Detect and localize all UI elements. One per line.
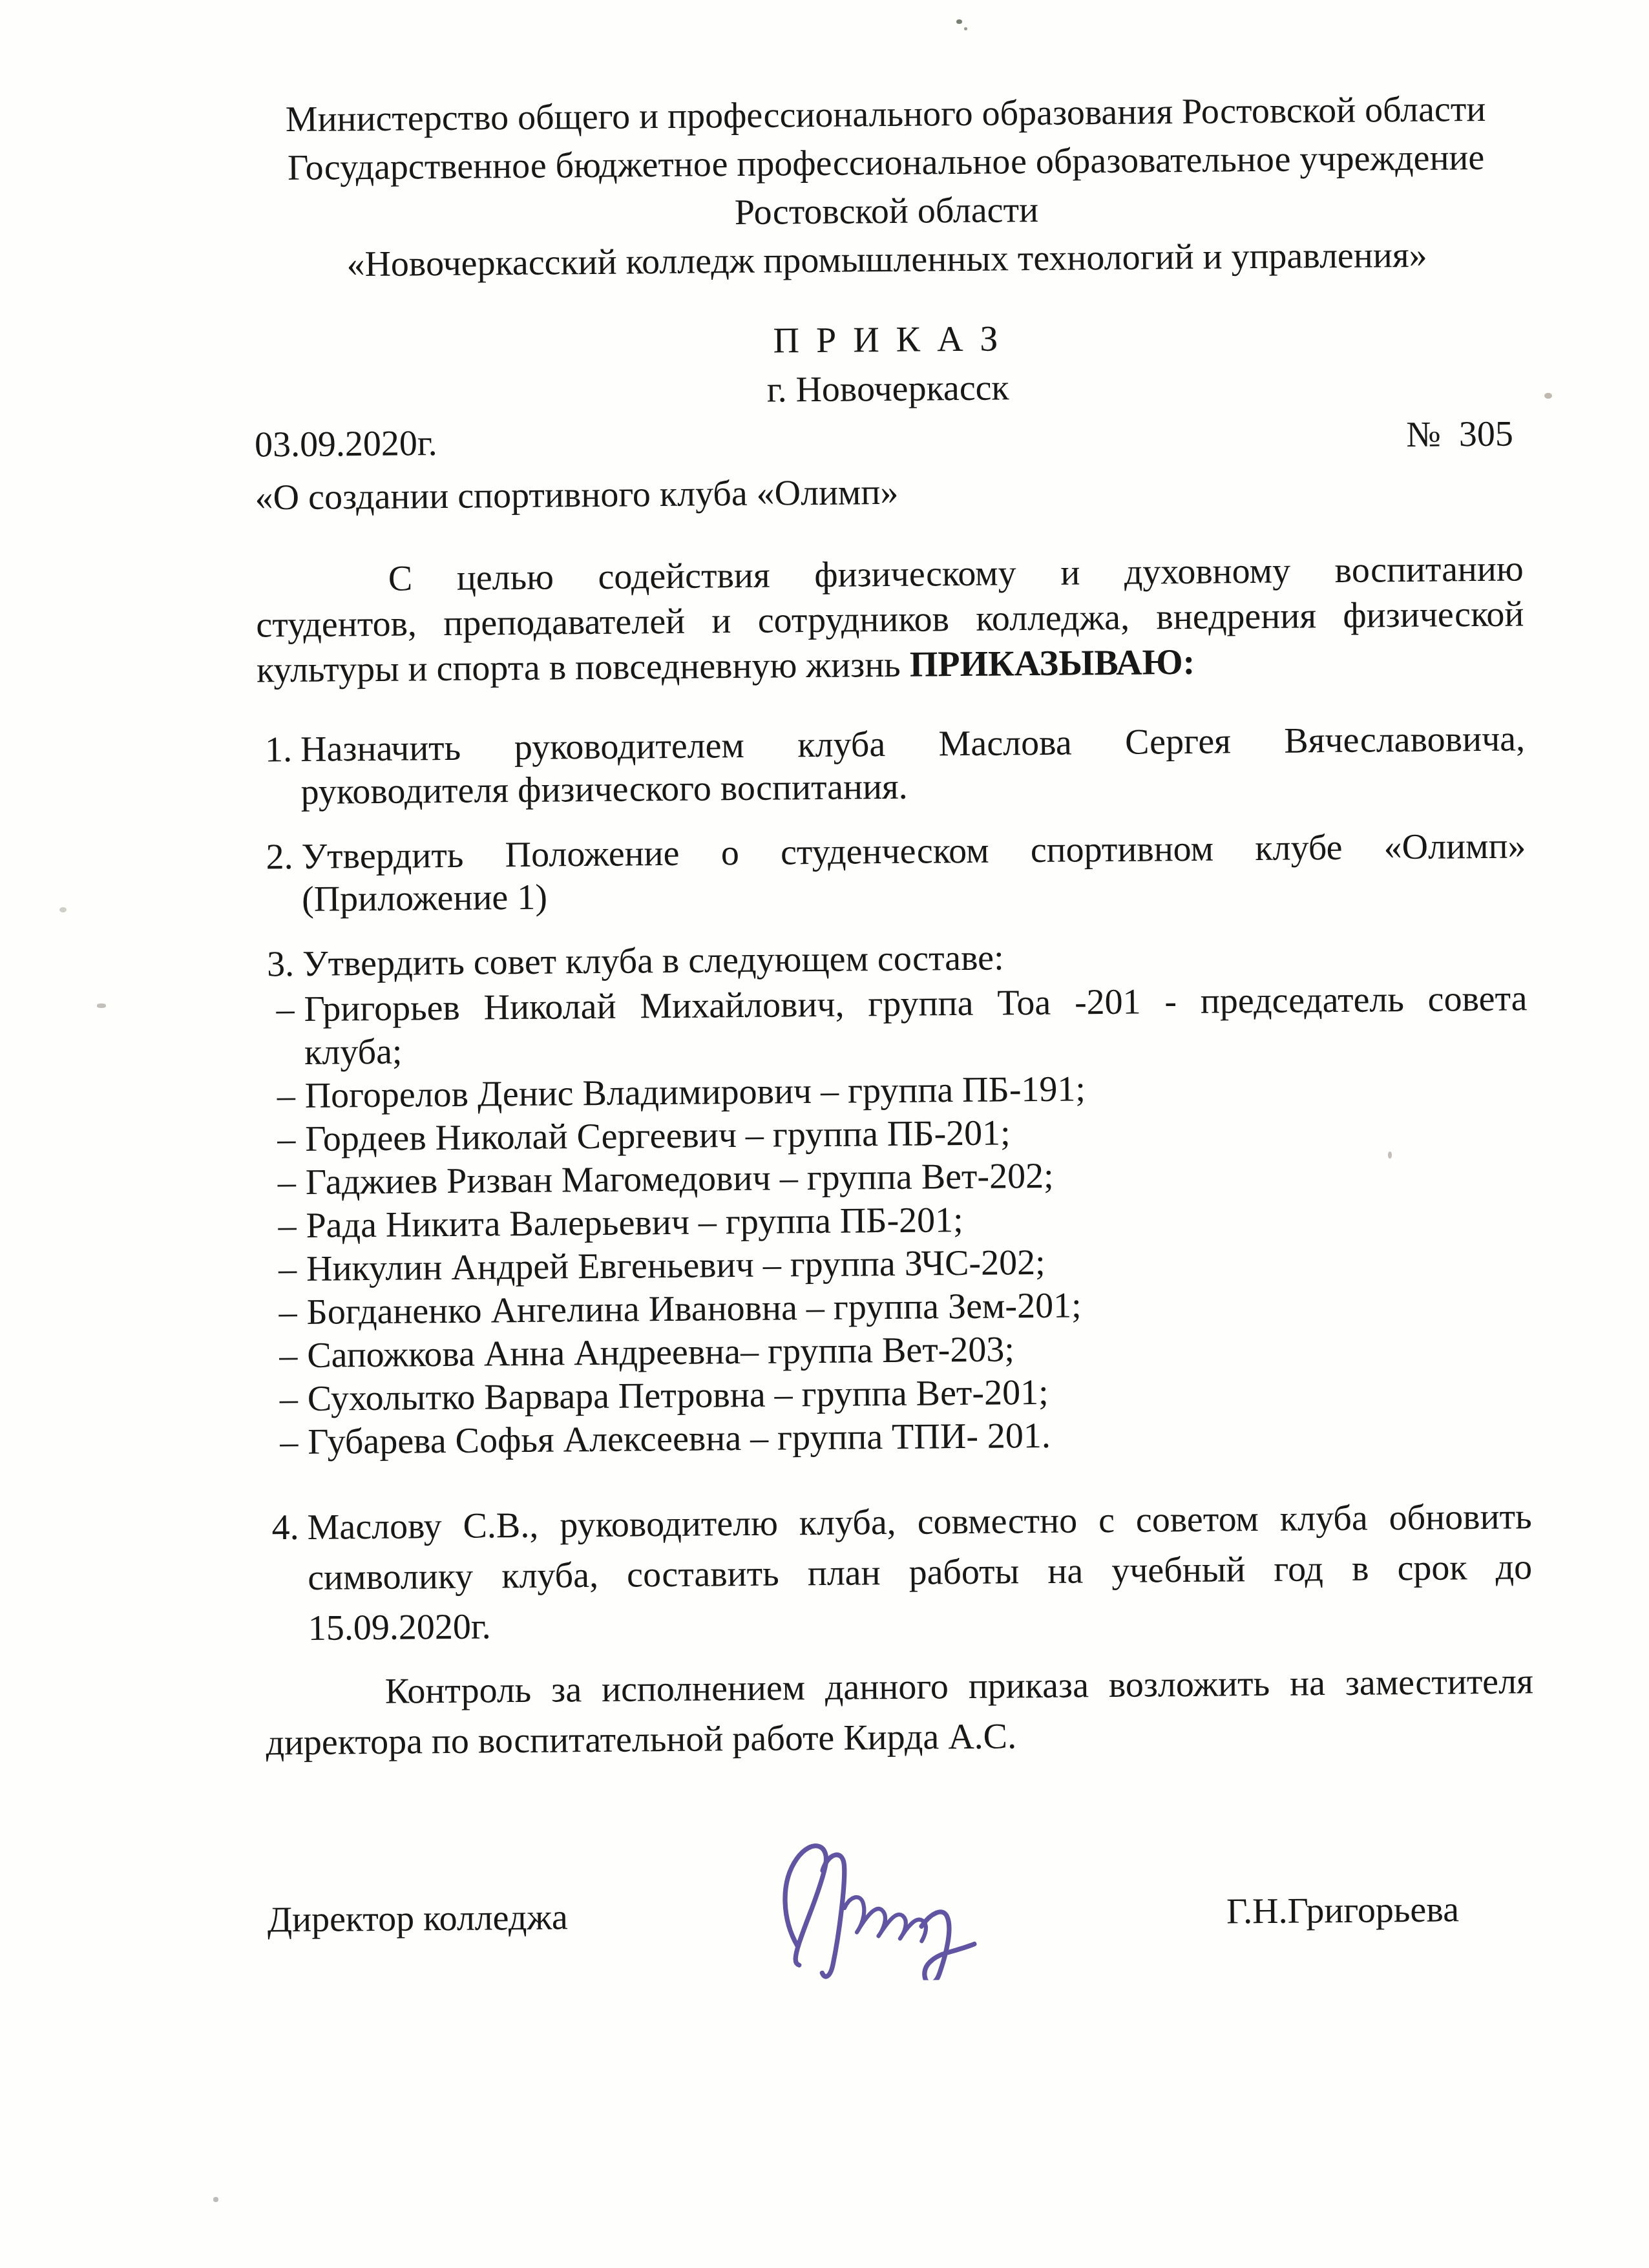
order-item: 3.Утвердить совет клуба в следующем сост… [259, 932, 1528, 985]
order-item: 4.Маслову С.В., руководителю клуба, совм… [264, 1491, 1533, 1654]
document-content: Министерство общего и профессионального … [251, 0, 1535, 1946]
signature-name: Г.Н.Григорьева [1226, 1884, 1460, 1937]
order-city: г. Новочеркасск [254, 359, 1522, 419]
dash-marker: – [261, 1161, 306, 1205]
order-meta-row: 03.09.2020г. № 305 [255, 409, 1523, 469]
order-item-lines: Маслову С.В., руководителю клуба, совмес… [307, 1491, 1533, 1654]
dash-marker: – [263, 1378, 308, 1422]
council-member-row: –Григорьев Николай Михайлович, группа То… [259, 977, 1528, 1075]
council-members-list: –Григорьев Николай Михайлович, группа То… [259, 977, 1531, 1464]
prikazyvayu-keyword: ПРИКАЗЫВАЮ: [909, 642, 1195, 685]
order-items-list: 1.Назначить руководителем клуба Маслова … [257, 717, 1527, 985]
order-item: 1.Назначить руководителем клуба Маслова … [257, 717, 1526, 814]
closing-line: директора по воспитательной работе Кирда… [266, 1706, 1534, 1768]
dash-marker: – [259, 988, 304, 1075]
closing-paragraph: Контроль за исполнением данного приказа … [265, 1656, 1533, 1768]
dash-marker: – [263, 1421, 308, 1465]
scan-speck [97, 1003, 106, 1008]
order-subject: «О создании спортивного клуба «Олимп» [255, 462, 1523, 522]
order-item-lines: Утвердить совет клуба в следующем состав… [302, 932, 1528, 985]
order-item-number: 1. [257, 728, 301, 814]
scanned-order-page: Министерство общего и профессионального … [0, 0, 1649, 2268]
text-line: символику клуба, составить план работы н… [308, 1542, 1533, 1603]
dash-marker: – [260, 1118, 306, 1162]
order-item: 2.Утвердить Положение о студенческом спо… [258, 824, 1526, 921]
order-item-number: 4. [264, 1502, 308, 1654]
handwritten-signature-ink [764, 1824, 1011, 1981]
text-line: Утвердить совет клуба в следующем состав… [302, 932, 1528, 985]
order-preamble: С целью содействия физическому и духовно… [255, 546, 1524, 693]
dash-marker: – [261, 1204, 306, 1248]
scan-speck [964, 27, 967, 30]
signature-role: Директор колледжа [268, 1891, 569, 1946]
text-line: 15.09.2020г. [308, 1592, 1533, 1654]
scan-speck [956, 19, 962, 24]
order-item-number: 2. [258, 835, 302, 921]
order-item4-wrap: 4.Маслову С.В., руководителю клуба, совм… [264, 1491, 1533, 1654]
document-header: Министерство общего и профессионального … [251, 85, 1521, 289]
dash-marker: – [262, 1248, 307, 1292]
preamble-line-text: культуры и спорта в повседневную жизнь [257, 645, 910, 691]
scan-speck [1388, 1151, 1392, 1159]
order-date: 03.09.2020г. [255, 419, 437, 469]
order-number: № 305 [1406, 410, 1513, 459]
dash-marker: – [260, 1075, 305, 1118]
council-member-text: Григорьев Николай Михайлович, группа Тоа… [304, 977, 1528, 1075]
dash-marker: – [262, 1334, 308, 1378]
header-college-name: «Новочеркасский колледж промышленных тех… [253, 230, 1521, 289]
order-item-number: 3. [259, 943, 303, 986]
dash-marker: – [262, 1291, 307, 1335]
order-item-lines: Назначить руководителем клуба Маслова Се… [300, 717, 1526, 814]
scan-speck [1544, 393, 1552, 399]
order-item-lines: Утвердить Положение о студенческом спорт… [301, 824, 1526, 921]
scan-speck [59, 907, 67, 912]
scan-speck [213, 2197, 218, 2202]
